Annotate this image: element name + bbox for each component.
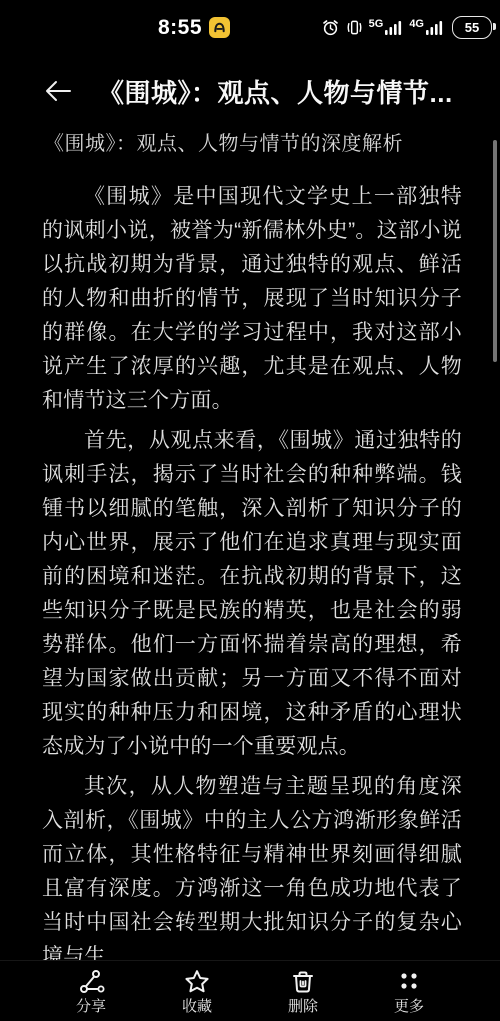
share-button[interactable]: 分享 [38,968,144,1014]
status-left: 8:55 [158,16,230,40]
delete-button[interactable]: 删除 [250,968,356,1014]
share-label: 分享 [76,999,106,1014]
share-icon [77,968,105,996]
scrollbar-thumb[interactable] [493,140,497,362]
more-label: 更多 [394,999,424,1014]
bottom-toolbar: 分享 收藏 删除 [0,960,500,1021]
network-5g-label: 5G [369,19,384,30]
status-right: 5G 4G 55 [321,16,492,39]
document-body[interactable]: 《围城》是中国现代文学史上一部独特的讽刺小说，被誉为“新儒林外史”。这部小说以抗… [42,180,462,974]
trash-icon [289,968,317,996]
delete-label: 删除 [288,999,318,1014]
paragraph: 首先，从观点来看，《围城》通过独特的讽刺手法，揭示了当时社会的种种弊端。钱锺书以… [42,424,462,764]
battery-percent: 55 [465,20,479,35]
status-bar: 8:55 [0,0,500,55]
header: 《围城》：观点、人物与情节... [0,67,500,115]
back-button[interactable] [42,75,74,107]
paragraph: 《围城》是中国现代文学史上一部独特的讽刺小说，被誉为“新儒林外史”。这部小说以抗… [42,180,462,418]
network-4g-label: 4G [409,19,424,30]
signal-4g-icon: 4G [409,20,444,36]
battery-icon: 55 [452,16,492,39]
phone-screen: 8:55 [0,0,500,1021]
status-time: 8:55 [158,16,202,40]
favorite-label: 收藏 [182,999,212,1014]
star-icon [183,968,211,996]
notification-app-icon [209,17,230,38]
more-button[interactable]: 更多 [356,968,462,1014]
page-title: 《围城》：观点、人物与情节... [98,73,453,110]
favorite-button[interactable]: 收藏 [144,968,250,1014]
vibrate-icon [346,18,363,37]
paragraph: 其次，从人物塑造与主题呈现的角度深入剖析，《围城》中的主人公方鸿渐形象鲜活而立体… [42,770,462,974]
more-icon [395,968,423,996]
document-title: 《围城》：观点、人物与情节的深度解析 [44,127,458,156]
alarm-icon [321,18,340,37]
signal-5g-icon: 5G [369,20,404,36]
